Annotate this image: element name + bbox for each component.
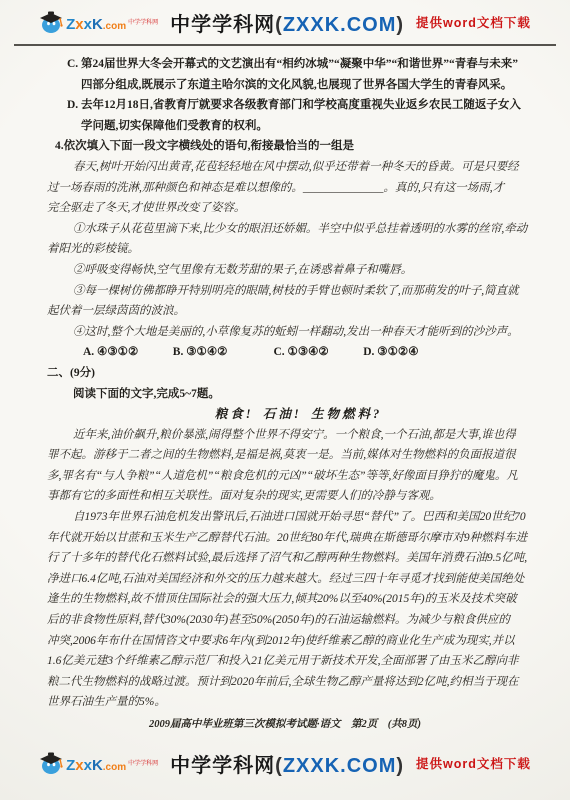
text-line: 四部分组成,既展示了东道主哈尔滨的文化风貌,也展现了世界各国大学生的青春风采。 [47,75,550,96]
text-line: 近年来,油价飙升,粮价暴涨,闹得整个世界不得安宁。一个粮食,一个石油,都是大事,… [47,425,550,446]
text-line: 行了十多年的替代化石燃料试验,最后选择了沼气和乙醇两种生物燃料。美国年消费石油9… [47,548,550,569]
text-line: 多,罪名有“与人争粮”“人道危机”“粮食危机的元凶”“破坏生态”等等,好像面目狰… [47,466,550,487]
paren-open: ( [275,755,283,777]
text-line: 自1973年世界石油危机发出警讯后,石油进口国就开始寻思“替代”了。巴西和美国2… [47,507,550,528]
zxxk-mascot-icon [39,751,65,775]
site-title[interactable]: 中学学科网(ZXXK.COM) [170,8,404,37]
site-title-text: 中学学科网 [170,14,275,36]
site-domain: ZXXK.COM [283,14,397,36]
text-line: 逢生的生物燃料,故不惜顶住国际社会的强大压力,倾其20%以至40%(2015年)… [47,589,550,610]
text-line: 粮食! 石油! 生物燃料? [47,404,550,425]
zxxk-logo-letters: ZxxK.com [66,16,126,34]
zxxk-logo[interactable]: ZxxK.com 中学学科网 [39,10,158,34]
logo-letter: x [75,16,83,33]
text-line: 4.依次填入下面一段文字横线处的语句,衔接最恰当的一组是 [47,136,550,157]
logo-tagline: 中学学科网 [127,20,158,34]
text-line: ①水珠子从花苞里滴下来,比少女的眼泪还娇媚。半空中似乎总挂着透明的水雾的丝帘,牵… [47,219,550,240]
logo-letter: x [84,757,92,774]
text-line: 事都有它的多面性和相互关联性。面对复杂的现实,更需要人们的冷静与客观。 [47,486,550,507]
text-line: ④这时,整个大地是美丽的,小草像复苏的蚯蚓一样翻动,发出一种春天才能听到的沙沙声… [47,322,550,343]
text-line: 着阳光的彩棱镜。 [47,239,550,260]
word-download-slogan[interactable]: 提供word文档下载 [416,13,531,31]
logo-letter: x [75,757,83,774]
footer-banner: ZxxK.com 中学学科网 中学学科网(ZXXK.COM) 提供word文档下… [14,741,556,785]
logo-letter: Z [66,757,75,774]
exam-body: C. 第24届世界大冬会开幕式的文艺演出有“相约冰城”“凝聚中华”“和谐世界”“… [0,46,570,713]
paren-open: ( [275,14,283,36]
text-line: 后的非食物性原料,替代30%(2030年)甚至50%(2050年)的石油运输燃料… [47,610,550,631]
zxxk-mascot-icon [39,10,65,34]
scanned-exam-page: ZxxK.com 中学学科网 中学学科网(ZXXK.COM) 提供word文档下… [0,0,570,800]
text-line: 阅读下面的文字,完成5~7题。 [47,384,550,405]
text-line: 年代就开始以甘蔗和玉米生产乙醇替代石油。20世纪80年代,瑞典在斯德哥尔摩市对9… [47,528,550,549]
text-line: 粮二代生物燃料的战略过渡。预计到2020年前后,全球生物乙醇产量将达到2亿吨,约… [47,672,550,693]
word-download-slogan-footer[interactable]: 提供word文档下载 [416,754,531,772]
text-line: 罪不起。游移于二者之间的生物燃料,是福是祸,莫衷一是。当前,媒体对生物燃料的负面… [47,445,550,466]
text-line: 过一场春雨的洗淋,那种颜色和神态是难以想像的。______________。真的… [47,178,550,199]
logo-letter: .com [103,21,126,32]
paren-close: ) [396,755,404,777]
zxxk-logo-footer[interactable]: ZxxK.com 中学学科网 [39,751,158,775]
text-line: 1.6亿美元建3个纤维素乙醇示范厂和投入21亿美元用于新技术开发,全面部署了由玉… [47,651,550,672]
logo-letter: x [84,16,92,33]
text-line: C. 第24届世界大冬会开幕式的文艺演出有“相约冰城”“凝聚中华”“和谐世界”“… [47,54,550,75]
logo-tagline: 中学学科网 [127,761,158,775]
site-title-footer[interactable]: 中学学科网(ZXXK.COM) [170,749,404,778]
text-line: 二、(9分) [47,363,550,384]
logo-letter: K [92,16,103,33]
paren-close: ) [396,14,404,36]
logo-letter: Z [66,16,75,33]
site-title-text: 中学学科网 [170,755,275,777]
page-number-line: 2009届高中毕业班第三次模拟考试题·语文 第2页 (共8页) [0,716,570,731]
logo-letter: K [92,757,103,774]
text-line: D. 去年12月18日,省教育厅就要求各级教育部门和学校高度重视失业返乡农民工随… [47,95,550,116]
site-domain: ZXXK.COM [283,755,397,777]
text-line: A. ④③①② B. ③①④② C. ①③④② D. ③①②④ [47,342,550,363]
text-line: ③每一棵树仿佛都睁开特别明亮的眼睛,树枝的手臂也顿时柔软了,而那萌发的叶子,简直… [47,281,550,302]
text-line: 学问题,切实保障他们受教育的权利。 [47,116,550,137]
zxxk-logo-letters: ZxxK.com [66,757,126,775]
text-line: 冲突,2006年布什在国情咨文中要求6年内(到2012年)使纤维素乙醇的商业化生… [47,631,550,652]
text-line: ②呼吸变得畅快,空气里像有无数芳甜的果子,在诱惑着鼻子和嘴唇。 [47,260,550,281]
text-line: 起伏着一层绿茵茵的波浪。 [47,301,550,322]
text-line: 净进口6.4亿吨,石油对美国经济和外交的压力越来越大。经过三四十年寻觅才找到能使… [47,569,550,590]
logo-letter: .com [103,762,126,773]
text-line: 完全驱走了冬天,才使世界改变了姿容。 [47,198,550,219]
text-line: 春天,树叶开始闪出黄青,花苞轻轻地在风中摆动,似乎还带着一种冬天的昏黄。可是只要… [47,157,550,178]
header-banner: ZxxK.com 中学学科网 中学学科网(ZXXK.COM) 提供word文档下… [14,0,556,46]
text-line: 世界石油生产量的5%。 [47,692,550,713]
